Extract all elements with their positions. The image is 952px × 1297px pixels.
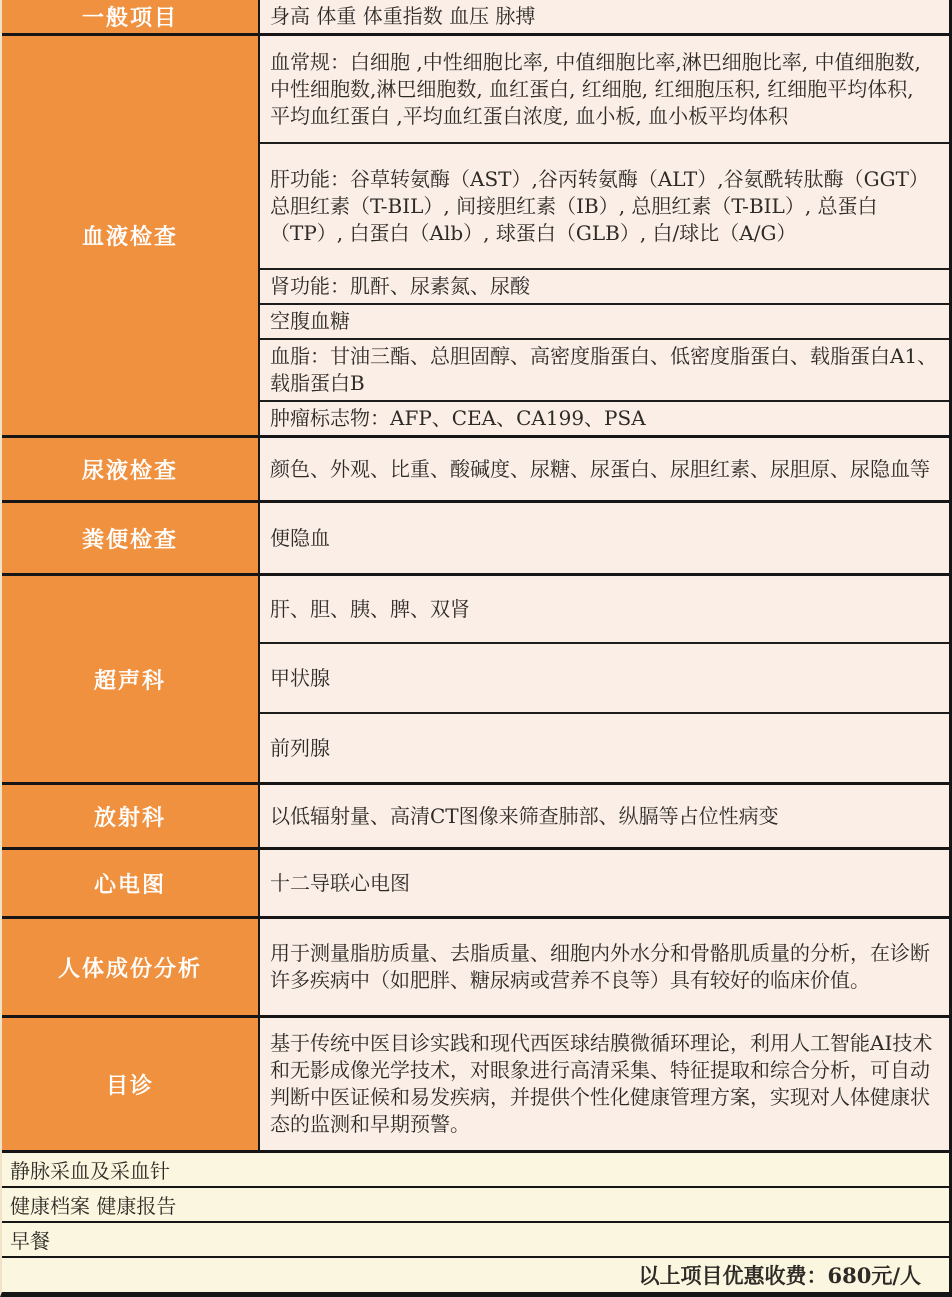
content-general: 身高 体重 体重指数 血压 脉搏 [260,0,949,33]
category-ultrasound: 超声科 [2,576,260,782]
item-cell-liver-function: 肝功能：谷草转氨酶（AST）,谷丙转氨酶（ALT）,谷氨酰转肽酶（GGT）总胆红… [260,142,949,268]
content-ultrasound: 肝、胆、胰、脾、双肾 甲状腺 前列腺 [260,576,949,782]
section-ultrasound: 超声科 肝、胆、胰、脾、双肾 甲状腺 前列腺 [2,573,949,782]
item-cell-tumor-markers: 肿瘤标志物：AFP、CEA、CA199、PSA [260,400,949,435]
section-ecg: 心电图 十二导联心电图 [2,847,949,916]
content-urine-test: 颜色、外观、比重、酸碱度、尿糖、尿蛋白、尿胆红素、尿胆原、尿隐血等 [260,438,949,500]
footer-row-breakfast: 早餐 [2,1221,949,1256]
price-row: 以上项目优惠收费：680元/人 [2,1256,949,1292]
category-ecg: 心电图 [2,850,260,916]
item-cell-blood-routine: 血常规：白细胞 ,中性细胞比率, 中值细胞比率,淋巴细胞比率, 中值细胞数, 中… [260,36,949,142]
item-cell-kidney-function: 肾功能：肌酐、尿素氮、尿酸 [260,268,949,303]
checkup-package-table: 一般项目 身高 体重 体重指数 血压 脉搏 血液检查 血常规：白细胞 ,中性细胞… [0,0,952,1297]
price-text: 以上项目优惠收费：680元/人 [638,1260,921,1290]
content-eye-diagnosis: 基于传统中医目诊实践和现代西医球结膜微循环理论，利用人工智能AI技术和无影成像光… [260,1018,949,1150]
section-urine-test: 尿液检查 颜色、外观、比重、酸碱度、尿糖、尿蛋白、尿胆红素、尿胆原、尿隐血等 [2,435,949,500]
item-cell-prostate: 前列腺 [260,712,949,782]
content-blood-test: 血常规：白细胞 ,中性细胞比率, 中值细胞比率,淋巴细胞比率, 中值细胞数, 中… [260,36,949,435]
item-cell: 身高 体重 体重指数 血压 脉搏 [260,0,949,33]
category-radiology: 放射科 [2,785,260,847]
item-cell-blood-lipids: 血脂：甘油三酯、总胆固醇、高密度脂蛋白、低密度脂蛋白、载脂蛋白A1、载脂蛋白B [260,338,949,400]
category-blood-test: 血液检查 [2,36,260,435]
item-cell: 颜色、外观、比重、酸碱度、尿糖、尿蛋白、尿胆红素、尿胆原、尿隐血等 [260,438,949,500]
section-eye-diagnosis: 目诊 基于传统中医目诊实践和现代西医球结膜微循环理论，利用人工智能AI技术和无影… [2,1015,949,1150]
item-cell-fasting-glucose: 空腹血糖 [260,303,949,338]
item-cell-abdomen: 肝、胆、胰、脾、双肾 [260,576,949,642]
content-stool-test: 便隐血 [260,503,949,573]
section-blood-test: 血液检查 血常规：白细胞 ,中性细胞比率, 中值细胞比率,淋巴细胞比率, 中值细… [2,33,949,435]
item-cell: 便隐血 [260,503,949,573]
item-cell: 以低辐射量、高清CT图像来筛查肺部、纵膈等占位性病变 [260,785,949,847]
item-cell: 用于测量脂肪质量、去脂质量、细胞内外水分和骨骼肌质量的分析，在诊断许多疾病中（如… [260,919,949,1015]
section-radiology: 放射科 以低辐射量、高清CT图像来筛查肺部、纵膈等占位性病变 [2,782,949,847]
category-body-composition: 人体成份分析 [2,919,260,1015]
item-cell: 十二导联心电图 [260,850,949,916]
item-cell: 基于传统中医目诊实践和现代西医球结膜微循环理论，利用人工智能AI技术和无影成像光… [260,1018,949,1150]
section-general: 一般项目 身高 体重 体重指数 血压 脉搏 [2,0,949,33]
category-stool-test: 粪便检查 [2,503,260,573]
category-general: 一般项目 [2,0,260,33]
footer-row-blood-draw: 静脉采血及采血针 [2,1150,949,1186]
section-body-composition: 人体成份分析 用于测量脂肪质量、去脂质量、细胞内外水分和骨骼肌质量的分析，在诊断… [2,916,949,1015]
section-stool-test: 粪便检查 便隐血 [2,500,949,573]
category-urine-test: 尿液检查 [2,438,260,500]
footer-row-health-record: 健康档案 健康报告 [2,1186,949,1221]
content-radiology: 以低辐射量、高清CT图像来筛查肺部、纵膈等占位性病变 [260,785,949,847]
content-body-composition: 用于测量脂肪质量、去脂质量、细胞内外水分和骨骼肌质量的分析，在诊断许多疾病中（如… [260,919,949,1015]
category-eye-diagnosis: 目诊 [2,1018,260,1150]
item-cell-thyroid: 甲状腺 [260,642,949,712]
content-ecg: 十二导联心电图 [260,850,949,916]
